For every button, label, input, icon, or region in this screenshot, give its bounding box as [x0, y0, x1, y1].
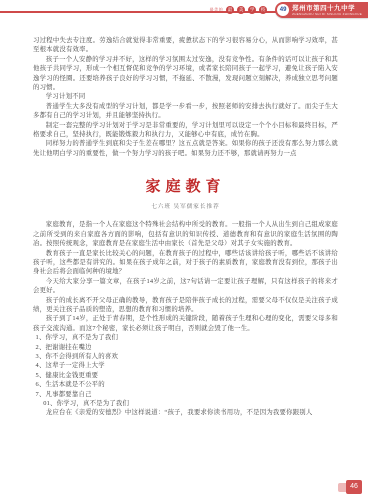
paragraph: 孩子的成长离不开父母正确的教导，教育孩子是陪伴孩子成长的过程，需要父母不仅仅是关… — [33, 296, 338, 315]
paragraph: 龙应台在《亲爱的安德烈》中这样说道：“孩子，我要求你读书用功，不是因为我要你跟别… — [33, 408, 338, 417]
paragraph: 5、健康比金钱更重要 — [33, 371, 338, 380]
school-ribbon: 49 郑州市第四十九中学 ZHENGZHOU SHI DI SISHIJIU Z… — [275, 2, 368, 18]
paragraph: 制定一套完整的学习计划对于学习是非常重要的，学习计划里可以设定一个个小目标和最终… — [33, 121, 338, 140]
article-byline: 七六班 吴军儒家长推荐 — [33, 202, 338, 210]
paragraph: 今天给大家分享一篇文章，在孩子14岁之前，这7句话请一定要让孩子理解，只有这样孩… — [33, 277, 338, 296]
page-content: 习过程中失去专注度。劳逸结合就觉得非常重要，疲惫状态下的学习很容易分心，从而影响… — [33, 36, 338, 418]
badge-char-4: 校 — [259, 6, 267, 14]
school-pinyin: ZHENGZHOU SHI DI SISHIJIU ZHONGXUE — [292, 12, 362, 16]
paragraph: 同样努力的普通学生到底和尖子生差在哪里？这五点就是答案。如果你的孩子还没有那么努… — [33, 139, 338, 158]
top-article: 习过程中失去专注度。劳逸结合就觉得非常重要，疲惫状态下的学习很容易分心，从而影响… — [33, 36, 338, 158]
paragraph: 孩子一个人安静的学习并不好，这样的学习氛围太过安逸，没有竞争性。有条件的话可以让… — [33, 55, 338, 93]
feature-header: 家庭教育 七六班 吴军儒家长推荐 — [33, 179, 338, 210]
page-number-notch — [338, 483, 346, 492]
page-header: 最美的 最 美 学 校 49 郑州市第四十九中学 ZHENGZHOU SHI D… — [0, 0, 368, 22]
badge-char-2: 美 — [237, 6, 245, 14]
page-number-block: 46 — [338, 480, 362, 494]
school-name: 郑州市第四十九中学 — [292, 5, 362, 12]
paragraph: 3、你不会得到所有人的喜欢 — [33, 352, 338, 361]
paragraph: 2、把谢谢挂在嘴边 — [33, 343, 338, 352]
family-education-article: 家庭教育，是指一个人在家庭这个特殊社会结构中所受的教育。一般指一个人从出生到自己… — [33, 220, 338, 418]
paragraph: 6、生活本就是不公平的 — [33, 380, 338, 389]
paragraph: 普通学生大多没有成型的学习计划，都是学一步看一步，按照老师的安排去执行就好了。而… — [33, 102, 338, 121]
paragraph: 习过程中失去专注度。劳逸结合就觉得非常重要，疲惫状态下的学习很容易分心，从而影响… — [33, 36, 338, 55]
paragraph: 7、凡事都要靠自己 — [33, 390, 338, 399]
magazine-page: 最美的 最 美 学 校 49 郑州市第四十九中学 ZHENGZHOU SHI D… — [0, 0, 368, 500]
badge-char-3: 学 — [248, 6, 256, 14]
school-logo-icon: 49 — [277, 4, 289, 16]
header-tagline: 最美的 — [210, 7, 224, 13]
page-number: 46 — [346, 480, 362, 494]
paragraph: 孩子到了14岁，正处于青春期，是个性形成的关键阶段，随着孩子生理和心理的变化，需… — [33, 314, 338, 333]
header-branding: 最美的 最 美 学 校 49 郑州市第四十九中学 ZHENGZHOU SHI D… — [210, 2, 368, 18]
paragraph: 1、你学习，真不是为了我们 — [33, 333, 338, 342]
paragraph: 01、你学习，真不是为了我们 — [33, 399, 338, 408]
paragraph: 家庭教育，是指一个人在家庭这个特殊社会结构中所受的教育。一般指一个人从出生到自己… — [33, 220, 338, 248]
paragraph: 4、这辈子一定得上大学 — [33, 361, 338, 370]
paragraph: 学习计划不同 — [33, 92, 338, 101]
article-title: 家庭教育 — [33, 179, 338, 196]
paragraph: 教育孩子一直是家长比较关心的问题，在教育孩子的过程中，哪些话该讲给孩子听，哪些话… — [33, 249, 338, 277]
badge-char-1: 最 — [226, 6, 234, 14]
